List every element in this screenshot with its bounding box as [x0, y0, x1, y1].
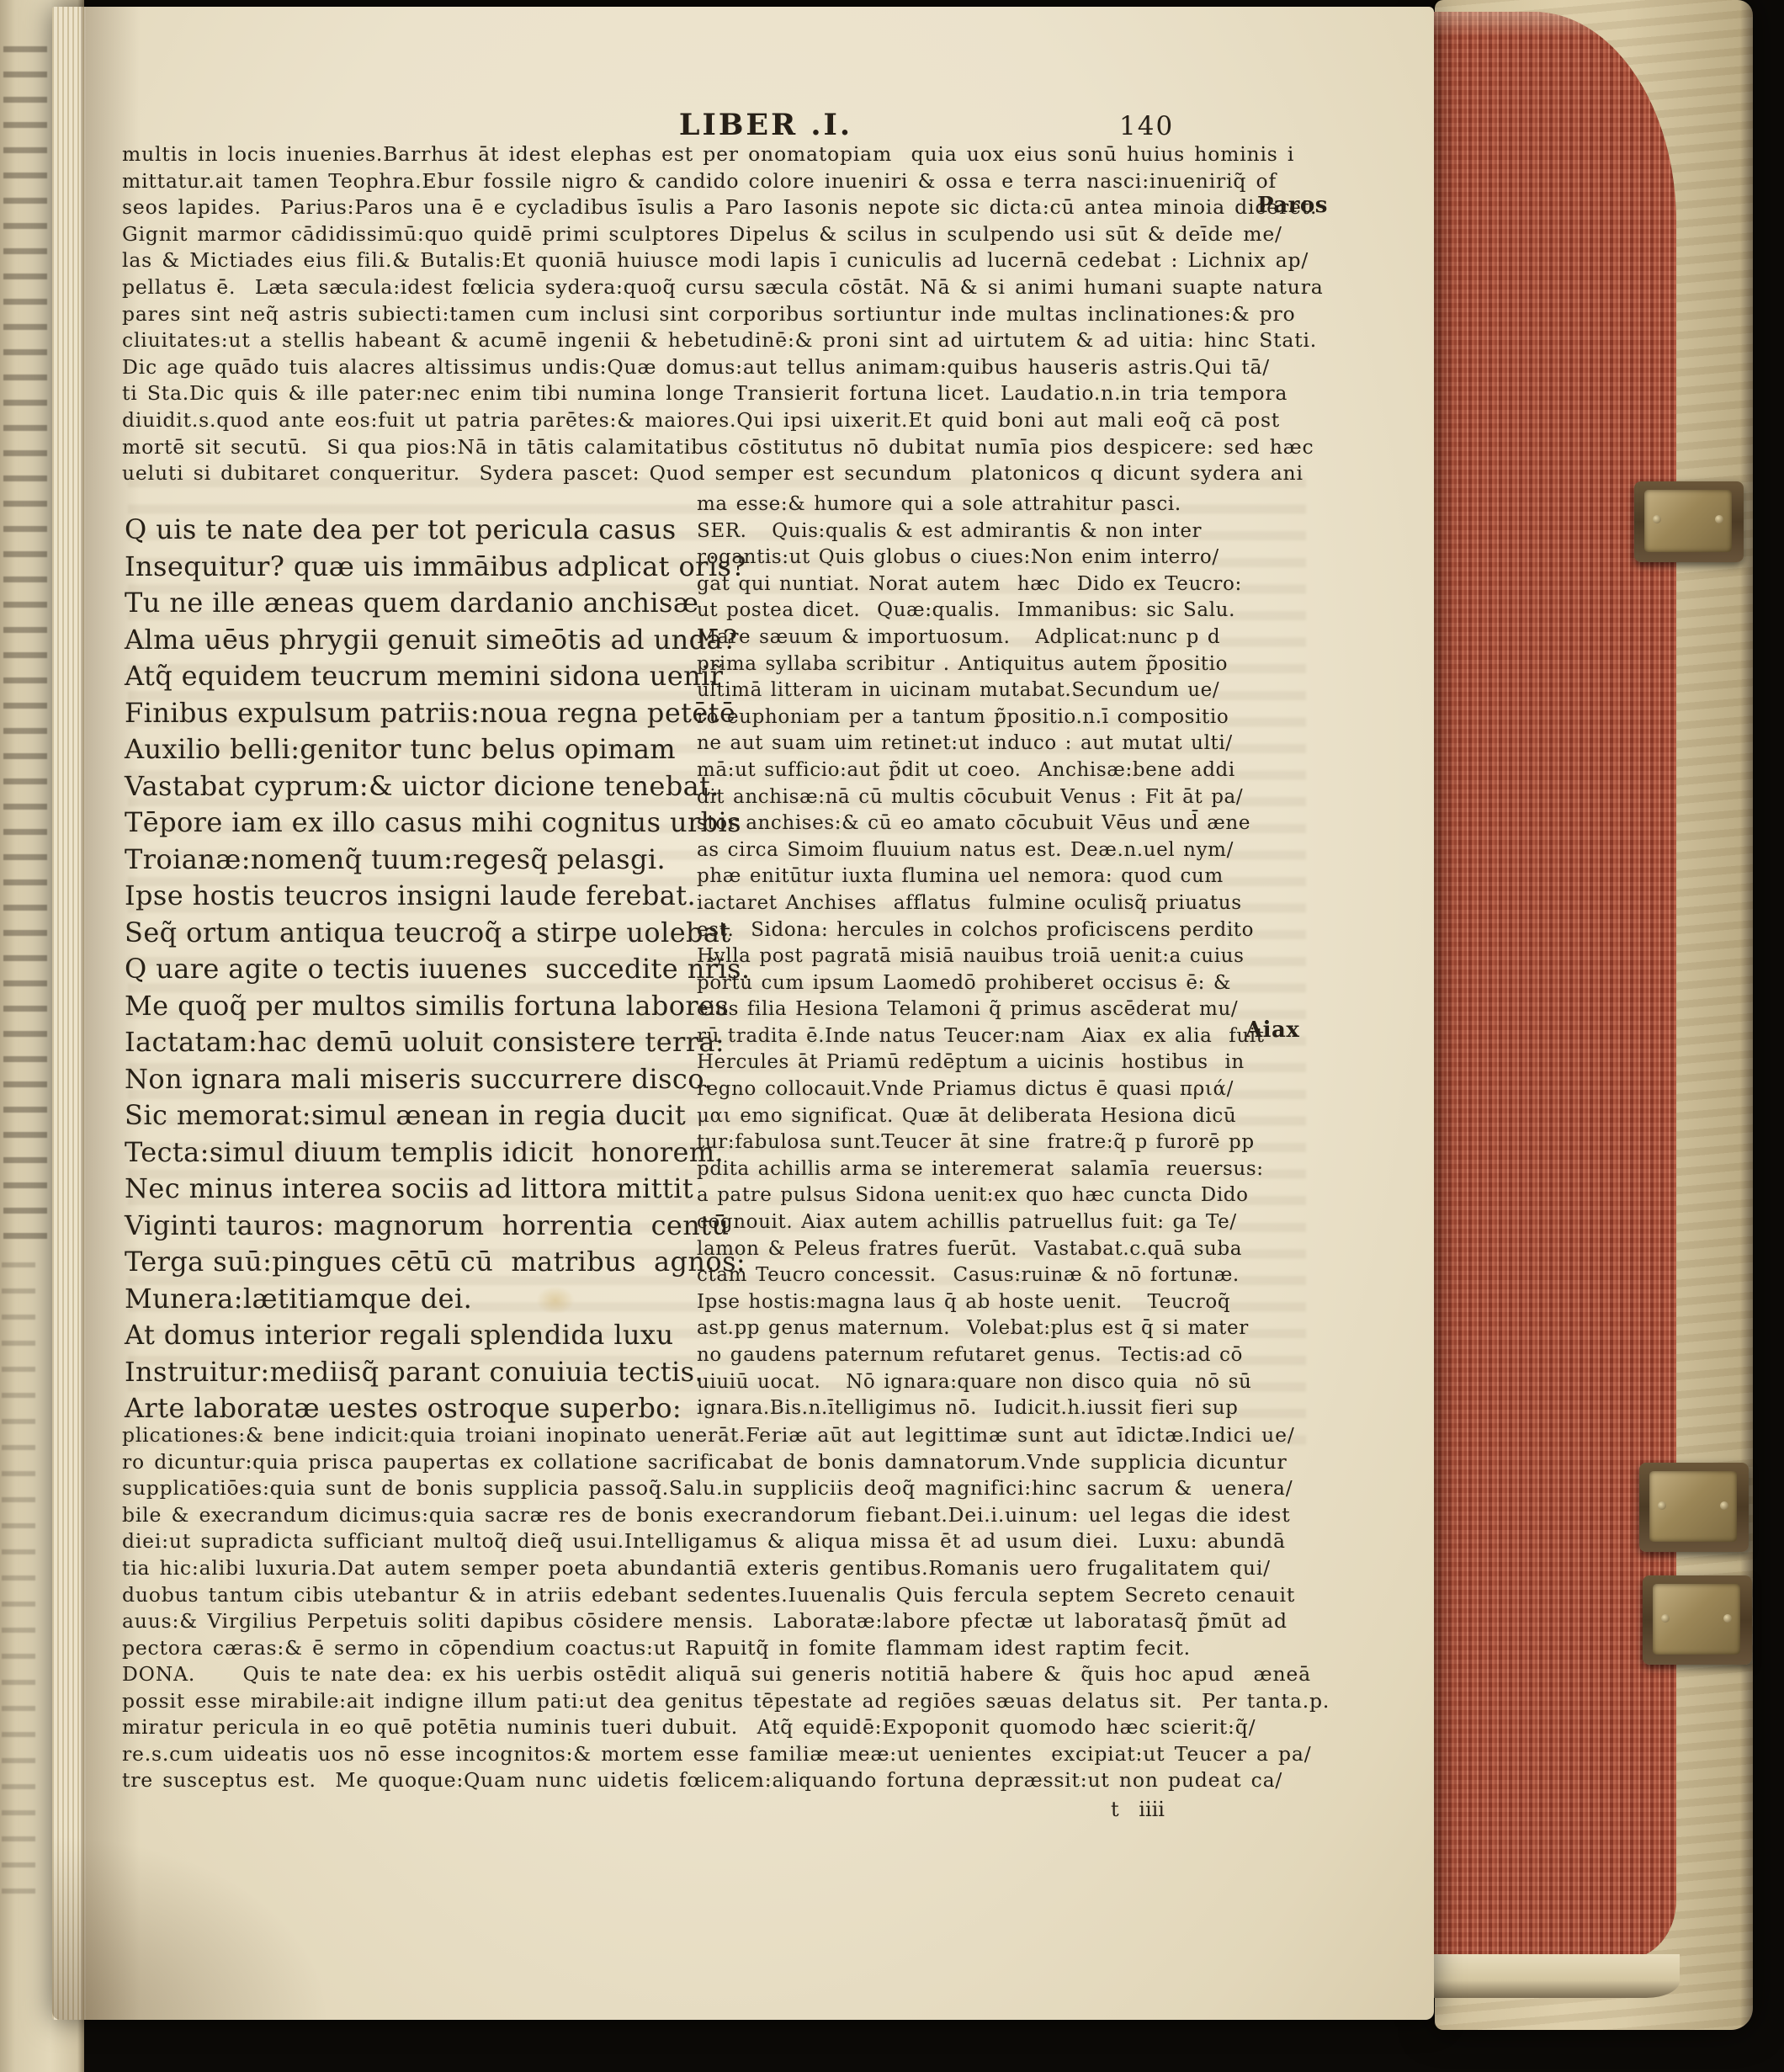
- commentary-line: tre susceptus est. Me quoque:Quam nunc u…: [122, 1767, 1359, 1794]
- commentary-line: Mare sæuum & importuosum. Adplicat:nunc …: [697, 624, 1256, 651]
- verse-line: At domus interior regali splendida luxu: [125, 1317, 680, 1354]
- running-title: LIBER .I.: [656, 108, 875, 142]
- verse-line: Seq̃ ortum antiqua teucroq̃ a stirpe uol…: [125, 915, 680, 952]
- commentary-line: ne aut suam uim retinet:ut induco : aut …: [697, 731, 1256, 757]
- commentary-top-block: multis in locis inuenies.Barrhus āt ides…: [122, 141, 1359, 487]
- commentary-line: re.s.cum uideatis uos nō esse incognitos…: [122, 1741, 1359, 1768]
- commentary-line: las & Mictiades eius fili.& Butalis:Et q…: [122, 247, 1359, 274]
- verse-line: Ipse hostis teucros insigni laude fereba…: [125, 878, 680, 915]
- folio-number: 140: [1119, 111, 1174, 141]
- commentary-line: Dic age quādo tuis alacres altissimus un…: [122, 354, 1359, 381]
- book-page: LIBER .I. 140 multis in locis inuenies.B…: [52, 7, 1434, 2020]
- commentary-line: ctam Teucro concessit. Casus:ruinæ & nō …: [697, 1262, 1256, 1289]
- verse-line: Auxilio belli:genitor tunc belus opimam: [125, 731, 680, 768]
- commentary-line: Gignit marmor cādidissimū:quo quidē prim…: [122, 221, 1359, 248]
- verse-line: Troianæ:nomenq̃ tuum:regesq̃ pelasgi.: [125, 842, 680, 879]
- commentary-line: ultimā litteram in uicinam mutabat.Secun…: [697, 677, 1256, 704]
- incunabulum-photo: LIBER .I. 140 multis in locis inuenies.B…: [0, 0, 1784, 2072]
- commentary-line: eius filia Hesiona Telamoni q̃ primus as…: [697, 996, 1256, 1023]
- commentary-line: tia hic:alibi luxuria.Dat autem semper p…: [122, 1555, 1359, 1582]
- commentary-line: cliuitates:ut a stellis habeant & acumē …: [122, 327, 1359, 354]
- verse-line: Tecta:simul diuum templis idicit honorem…: [125, 1134, 680, 1171]
- commentary-line: SER. Quis:qualis & est admirantis & non …: [697, 518, 1256, 545]
- commentary-line: ut postea dicet. Quæ:qualis. Immanibus: …: [697, 598, 1256, 624]
- verse-line: Tu ne ille æneas quem dardanio anchisæ: [125, 585, 680, 622]
- commentary-line: phæ enitūtur iuxta flumina uel nemora: q…: [697, 863, 1256, 890]
- commentary-line: Hercules āt Priamū redēptum a uicinis ho…: [697, 1049, 1256, 1076]
- commentary-line: multis in locis inuenies.Barrhus āt ides…: [122, 141, 1359, 168]
- verse-line: Nec minus interea sociis ad littora mitt…: [125, 1171, 680, 1208]
- commentary-line: plicationes:& bene indicit:quia troiani …: [122, 1422, 1359, 1449]
- clasp-rivet: [1653, 515, 1661, 523]
- commentary-line: mā:ut sufficio:aut p̃dit ut coeo. Anchis…: [697, 757, 1256, 784]
- verse-line: Me quoq̃ per multos similis fortuna labo…: [125, 988, 680, 1025]
- verse-line: Arte laboratæ uestes ostroque superbo:: [125, 1390, 680, 1427]
- margin-note-aiax: Aiax: [1245, 1017, 1299, 1043]
- commentary-line: Ipse hostis:magna laus q̄ ab hoste uenit…: [697, 1289, 1256, 1316]
- commentary-line: supplicatiōes:quia sunt de bonis supplic…: [122, 1475, 1359, 1502]
- margin-note-paros: Paros: [1257, 193, 1328, 218]
- commentary-line: pellatus ē. Læta sæcula:idest fœlicia sy…: [122, 274, 1359, 301]
- commentary-line: Hylla post pagratā misiā nauibus troiā u…: [697, 943, 1256, 970]
- commentary-column: ma esse:& humore qui a sole attrahitur p…: [697, 491, 1256, 1422]
- clasp-rivet: [1715, 515, 1723, 523]
- commentary-line: ignara.Bis.n.ītelligimus nō. Iudicit.h.i…: [697, 1395, 1256, 1422]
- commentary-line: DONA. Quis te nate dea: ex his uerbis os…: [122, 1661, 1359, 1688]
- commentary-line: iactaret Anchises afflatus fulmine oculi…: [697, 890, 1256, 917]
- commentary-line: bile & execrandum dicimus:quia sacræ res…: [122, 1502, 1359, 1529]
- verse-line: Q uare agite o tectis iuuenes succedite …: [125, 951, 680, 988]
- verse-line: Vastabat cyprum:& uictor dicione tenebat…: [125, 768, 680, 805]
- page-block-bottom-edge: [1431, 1954, 1680, 1998]
- commentary-line: miratur pericula in eo quē potētia numin…: [122, 1714, 1359, 1741]
- commentary-line: tur:fabulosa sunt.Teucer āt sine fratre:…: [697, 1129, 1256, 1156]
- commentary-line: duobus tantum cibis utebantur & in atrii…: [122, 1582, 1359, 1609]
- commentary-line: rū tradita ē.Inde natus Teucer:nam Aiax …: [697, 1023, 1256, 1050]
- commentary-line: as circa Simoim fluuium natus est. Deæ.n…: [697, 837, 1256, 864]
- commentary-line: rogantis:ut Quis globus o ciues:Non enim…: [697, 545, 1256, 571]
- commentary-line: ro dicuntur:quia prisca paupertas ex col…: [122, 1449, 1359, 1476]
- commentary-line: ti Sta.Dic quis & ille pater:nec enim ti…: [122, 380, 1359, 407]
- commentary-line: ma esse:& humore qui a sole attrahitur p…: [697, 491, 1256, 518]
- commentary-line: diuidit.s.quod ante eos:fuit ut patria p…: [122, 407, 1359, 434]
- commentary-line: a patre pulsus Sidona uenit:ex quo hæc c…: [697, 1182, 1256, 1209]
- verse-line: Munera:lætitiamque dei.: [125, 1281, 680, 1318]
- dona-paragraph: DONA. Quis te nate dea: ex his uerbis os…: [122, 1661, 1359, 1794]
- brass-clasp: [1643, 1575, 1752, 1665]
- verse-line: Atq̃ equidem teucrum memini sidona uenir…: [125, 658, 680, 695]
- verse-line: Iactatam:hac demū uoluit consistere terr…: [125, 1024, 680, 1061]
- clasp-rivet: [1661, 1614, 1670, 1623]
- commentary-line: cognouit. Aiax autem achillis patruellus…: [697, 1209, 1256, 1236]
- verse-line: Instruitur:mediisq̃ parant conuiuia tect…: [125, 1354, 680, 1391]
- commentary-bottom-block: plicationes:& bene indicit:quia troiani …: [122, 1422, 1359, 1661]
- commentary-line: diei:ut supradicta sufficiant multoq̃ di…: [122, 1528, 1359, 1555]
- facing-page-text-fragments: [3, 46, 47, 1241]
- commentary-line: no gaudens paternum refutaret genus. Tec…: [697, 1342, 1256, 1369]
- brass-clasp: [1639, 1463, 1749, 1552]
- commentary-line: stor anchises:& cū eo amato cōcubuit Vēu…: [697, 810, 1256, 837]
- poem-column: Q uis te nate dea per tot pericula casus…: [125, 512, 680, 1427]
- commentary-line: mittatur.ait tamen Teophra.Ebur fossile …: [122, 168, 1359, 195]
- commentary-line: μαι emo significat. Quæ āt deliberata He…: [697, 1103, 1256, 1130]
- commentary-line: portu cum ipsum Laomedō prohiberet occis…: [697, 970, 1256, 997]
- verse-line: Viginti tauros: magnorum horrentia centū: [125, 1208, 680, 1245]
- verse-line: Finibus expulsum patriis:noua regna petē…: [125, 695, 680, 732]
- clasp-rivet: [1720, 1501, 1728, 1510]
- verse-line: Sic memorat:simul ænean in regia ducit: [125, 1097, 680, 1134]
- commentary-line: ro euphoniam per a tantum p̃positio.n.ī …: [697, 704, 1256, 731]
- verse-line: Alma uēus phrygii genuit simeōtis ad und…: [125, 622, 680, 659]
- commentary-line: uiuiū uocat. Nō ignara:quare non disco q…: [697, 1369, 1256, 1396]
- verse-line: Tēpore iam ex illo casus mihi cognitus u…: [125, 805, 680, 842]
- commentary-line: seos lapides. Parius:Paros una ē e cycla…: [122, 194, 1359, 221]
- brass-clasp: [1634, 481, 1744, 562]
- commentary-line: ast.pp genus maternum. Volebat:plus est …: [697, 1315, 1256, 1342]
- commentary-line: regno collocauit.Vnde Priamus dictus ē q…: [697, 1076, 1256, 1103]
- verse-line: Insequitur? quæ uis immāibus adplicat or…: [125, 549, 680, 586]
- red-fore-edge: [1424, 12, 1676, 1959]
- signature-mark: t iiii: [1111, 1798, 1165, 1821]
- facing-page-text-fragments: [2, 1262, 35, 1902]
- commentary-line: prima syllaba scribitur . Antiquitus aut…: [697, 651, 1256, 678]
- commentary-line: est. Sidona: hercules in colchos profici…: [697, 917, 1256, 944]
- verse-line: Q uis te nate dea per tot pericula casus: [125, 512, 680, 549]
- clasp-rivet: [1723, 1614, 1732, 1623]
- verse-line: Terga suū:pingues cētū cū matribus agnos…: [125, 1244, 680, 1281]
- commentary-line: auus:& Virgilius Perpetuis soliti dapibu…: [122, 1608, 1359, 1635]
- commentary-line: pares sint neq̃ astris subiecti:tamen cu…: [122, 301, 1359, 328]
- verse-line: Non ignara mali miseris succurrere disco…: [125, 1061, 680, 1098]
- commentary-line: gat qui nuntiat. Norat autem hæc Dido ex…: [697, 571, 1256, 598]
- clasp-rivet: [1658, 1501, 1666, 1510]
- commentary-line: pdita achillis arma se interemerat salam…: [697, 1156, 1256, 1183]
- page-corner-shadow: [52, 1835, 330, 2020]
- commentary-line: possit esse mirabile:ait indigne illum p…: [122, 1688, 1359, 1715]
- commentary-line: dit anchisæ:nā cū multis cōcubuit Venus …: [697, 784, 1256, 811]
- commentary-line: lamon & Peleus fratres fuerūt. Vastabat.…: [697, 1236, 1256, 1263]
- commentary-line: mortē sit secutū. Si qua pios:Nā in tāti…: [122, 434, 1359, 461]
- commentary-line: pectora cæras:& ē sermo in cōpendium coa…: [122, 1635, 1359, 1662]
- commentary-line: ueluti si dubitaret conqueritur. Sydera …: [122, 460, 1359, 487]
